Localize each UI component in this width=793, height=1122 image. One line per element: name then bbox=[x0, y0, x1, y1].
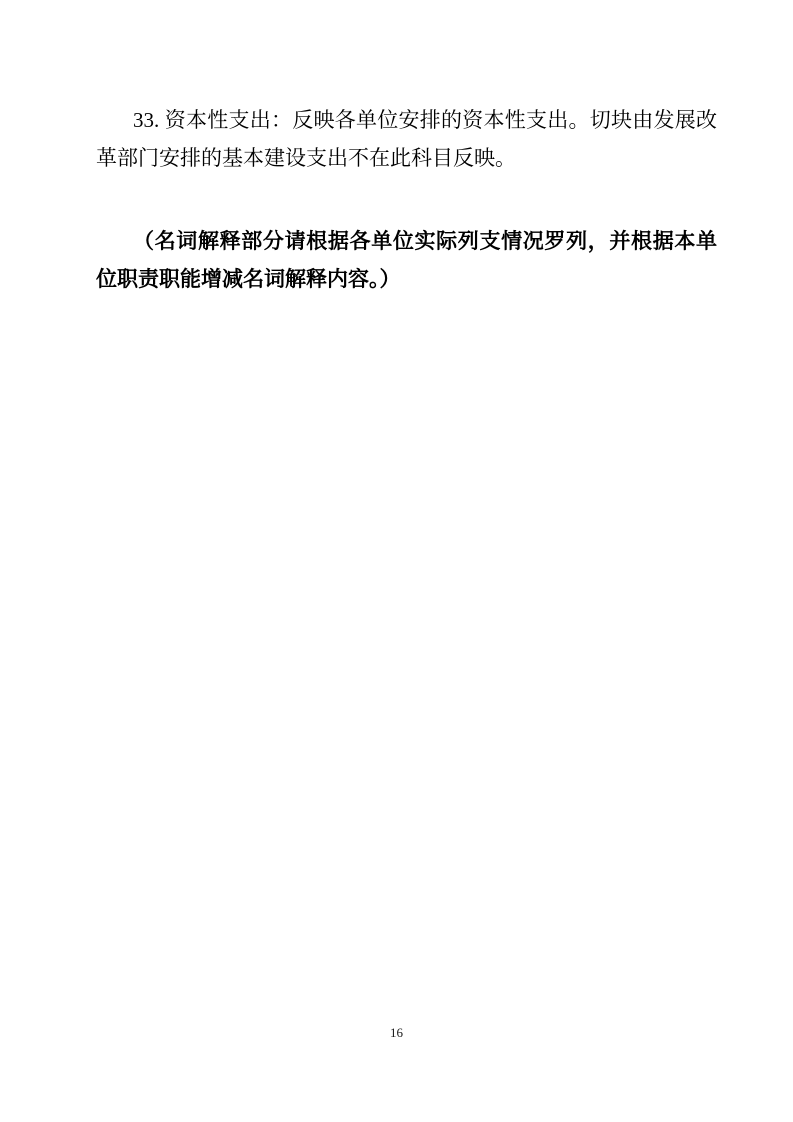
document-page: 33. 资本性支出：反映各单位安排的资本性支出。切块由发展改革部门安排的基本建设… bbox=[0, 0, 793, 1122]
page-number: 16 bbox=[390, 1025, 403, 1040]
paragraph-editor-note: （名词解释部分请根据各单位实际列支情况罗列，并根据本单位职责职能增减名词解释内容… bbox=[96, 223, 717, 299]
page-footer: 16 bbox=[0, 1024, 793, 1042]
document-body: 33. 资本性支出：反映各单位安排的资本性支出。切块由发展改革部门安排的基本建设… bbox=[96, 101, 717, 299]
paragraph-capital-expenditure: 33. 资本性支出：反映各单位安排的资本性支出。切块由发展改革部门安排的基本建设… bbox=[96, 101, 717, 177]
